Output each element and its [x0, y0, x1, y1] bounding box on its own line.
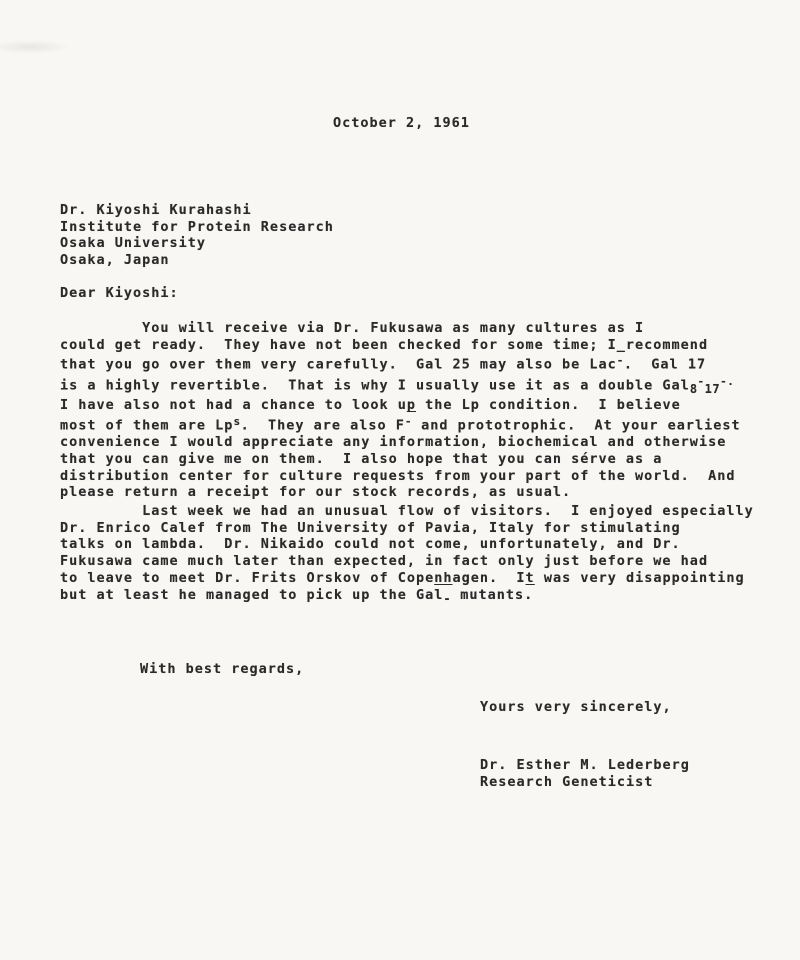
letter-date: October 2, 1961	[333, 115, 470, 132]
recipient-address: Dr. Kiyoshi KurahashiInstitute for Prote…	[60, 202, 334, 269]
body-paragraph-1: You will receive via Dr. Fukusawa as man…	[60, 320, 741, 501]
closing-regards: With best regards,	[140, 661, 304, 678]
scan-smudge	[0, 40, 70, 54]
closing-sincerely: Yours very sincerely,	[480, 699, 672, 716]
signature-block: Dr. Esther M. LederbergResearch Genetici…	[480, 757, 690, 790]
body-paragraph-2: Last week we had an unusual flow of visi…	[60, 503, 754, 607]
salutation: Dear Kiyoshi:	[60, 285, 179, 302]
letter-page: October 2, 1961 Dr. Kiyoshi KurahashiIns…	[0, 0, 800, 960]
